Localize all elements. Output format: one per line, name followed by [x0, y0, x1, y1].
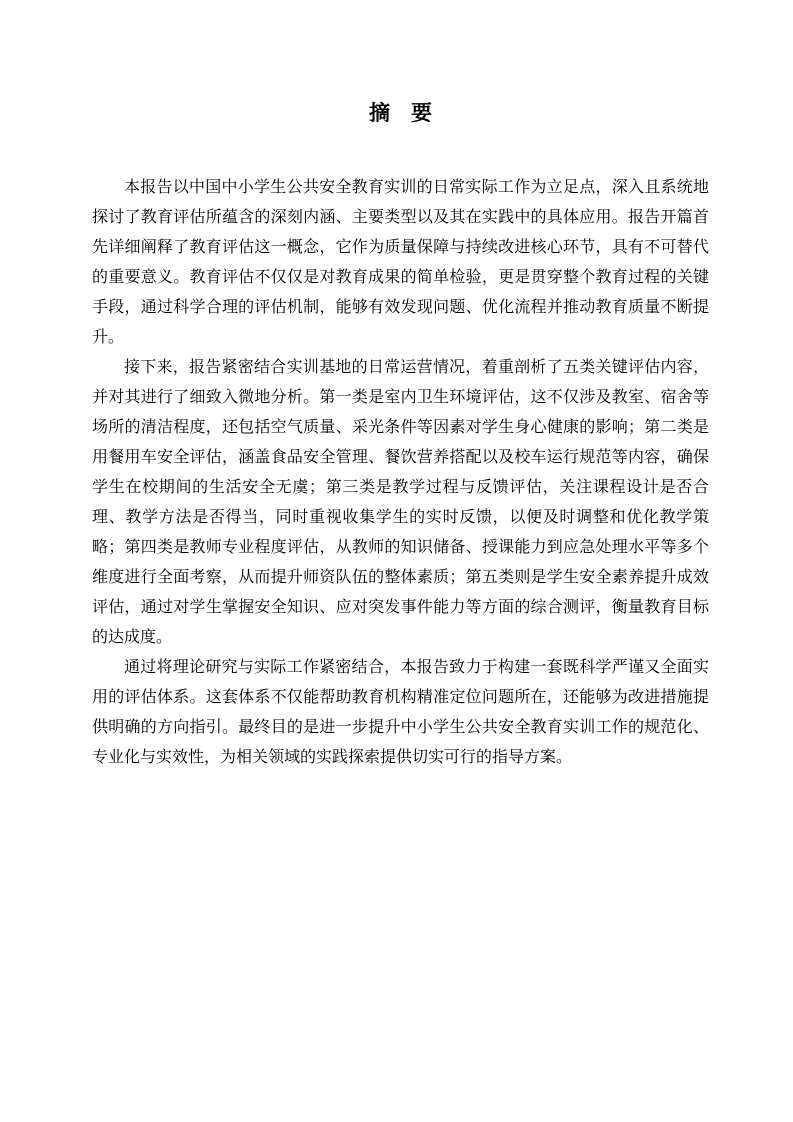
abstract-title: 摘 要	[92, 98, 709, 128]
abstract-paragraph-five-categories: 接下来，报告紧密结合实训基地的日常运营情况，着重剖析了五类关键评估内容，并对其进…	[92, 353, 709, 653]
document-page: 摘 要 本报告以中国中小学生公共安全教育实训的日常实际工作为立足点，深入且系统地…	[0, 0, 793, 1122]
abstract-paragraph-overview: 本报告以中国中小学生公共安全教育实训的日常实际工作为立足点，深入且系统地探讨了教…	[92, 173, 709, 353]
abstract-paragraph-conclusion: 通过将理论研究与实际工作紧密结合，本报告致力于构建一套既科学严谨又全面实用的评估…	[92, 653, 709, 773]
